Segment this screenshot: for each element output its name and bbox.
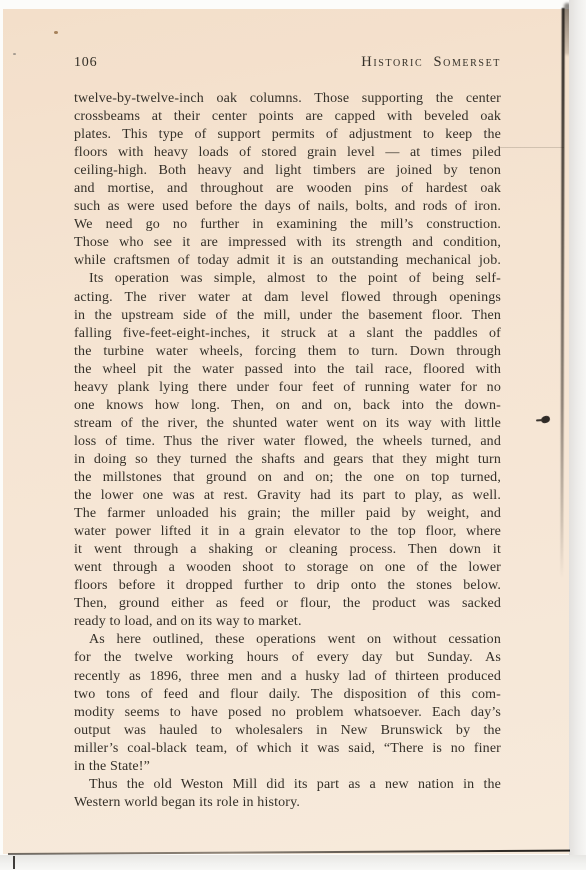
- text-line: crossbeams at their center points are ca…: [74, 108, 501, 126]
- text-line: one knows how long. Then, on and on, bac…: [74, 397, 501, 415]
- dust-speck: [13, 53, 16, 55]
- page-header: 106 Historic Somerset: [74, 54, 501, 71]
- text-line: stream of the river, the shunted water w…: [74, 415, 501, 433]
- paragraph: Thus the old Weston Mill did its part as…: [74, 776, 501, 812]
- text-line: it went through a shaking or cleaning pr…: [74, 541, 501, 559]
- text-line: falling five-feet-eight-inches, it struc…: [74, 325, 501, 343]
- page-number: 106: [74, 55, 97, 71]
- text-line: the turbine water wheels, forcing them t…: [74, 343, 501, 361]
- text-line: two tons of feed and flour daily. The di…: [74, 686, 501, 704]
- text-line: miller’s coal-black team, of which it wa…: [74, 740, 501, 758]
- text-line: twelve-by-twelve-inch oak columns. Those…: [74, 90, 501, 108]
- text-line: in the upstream side of the mill, under …: [74, 307, 501, 325]
- text-line: heavy plank lying there under four feet …: [74, 379, 501, 397]
- text-line: As here outlined, these operations went …: [74, 631, 501, 649]
- text-line: while craftsmen of today admit it is an …: [74, 252, 501, 270]
- text-line: for the twelve working hours of every da…: [74, 649, 501, 667]
- text-line: the millstones that ground on and on; th…: [74, 469, 501, 487]
- text-line: Western world began its role in history.: [74, 794, 501, 812]
- text-line: ready to load, and on its way to market.: [74, 613, 501, 631]
- body-text: twelve-by-twelve-inch oak columns. Those…: [74, 90, 501, 812]
- text-line: such as were used before the days of nai…: [74, 198, 501, 216]
- text-line: modity seems to have posed no problem wh…: [74, 704, 501, 722]
- paragraph: Its operation was simple, almost to the …: [74, 270, 501, 631]
- text-line: floors before it dropped further to drip…: [74, 577, 501, 595]
- text-line: Thus the old Weston Mill did its part as…: [74, 776, 501, 794]
- book-page: 106 Historic Somerset twelve-by-twelve-i…: [3, 9, 569, 854]
- text-line: The farmer unloaded his grain; the mille…: [74, 505, 501, 523]
- text-line: We need go no further in examining the m…: [74, 216, 501, 234]
- text-line: in doing so they turned the shafts and g…: [74, 451, 501, 469]
- text-line: recently as 1896, three men and a husky …: [74, 668, 501, 686]
- paragraph: twelve-by-twelve-inch oak columns. Those…: [74, 90, 501, 270]
- text-line: Those who see it are impressed with its …: [74, 234, 501, 252]
- text-line: floors with heavy loads of stored grain …: [74, 144, 501, 162]
- text-line: plates. This type of support permits of …: [74, 126, 501, 144]
- corner-mark: [13, 856, 15, 869]
- text-line: ceiling-high. Both heavy and light timbe…: [74, 162, 501, 180]
- text-line: went through a wooden shoot to storage o…: [74, 559, 501, 577]
- dust-speck: [54, 31, 58, 34]
- text-line: and mortise, and throughout are wooden p…: [74, 180, 501, 198]
- text-line: acting. The river water at dam level flo…: [74, 289, 501, 307]
- scan-margin-bottom: [0, 855, 586, 870]
- paragraph: As here outlined, these operations went …: [74, 631, 501, 775]
- text-line: output was hauled to wholesalers in New …: [74, 722, 501, 740]
- text-line: water power lifted it in a grain elevato…: [74, 523, 501, 541]
- text-line: Its operation was simple, almost to the …: [74, 270, 501, 288]
- running-title: Historic Somerset: [361, 54, 501, 71]
- text-line: the wheel pit the water passed into the …: [74, 361, 501, 379]
- scan-scratch: [498, 147, 564, 148]
- scan-background: 106 Historic Somerset twelve-by-twelve-i…: [0, 0, 586, 870]
- scan-margin-right: [569, 0, 586, 870]
- text-line: in the State!”: [74, 758, 501, 776]
- text-line: Then, ground either as feed or flour, th…: [74, 595, 501, 613]
- text-line: the lower one was at rest. Gravity had i…: [74, 487, 501, 505]
- text-line: loss of time. Thus the river water flowe…: [74, 433, 501, 451]
